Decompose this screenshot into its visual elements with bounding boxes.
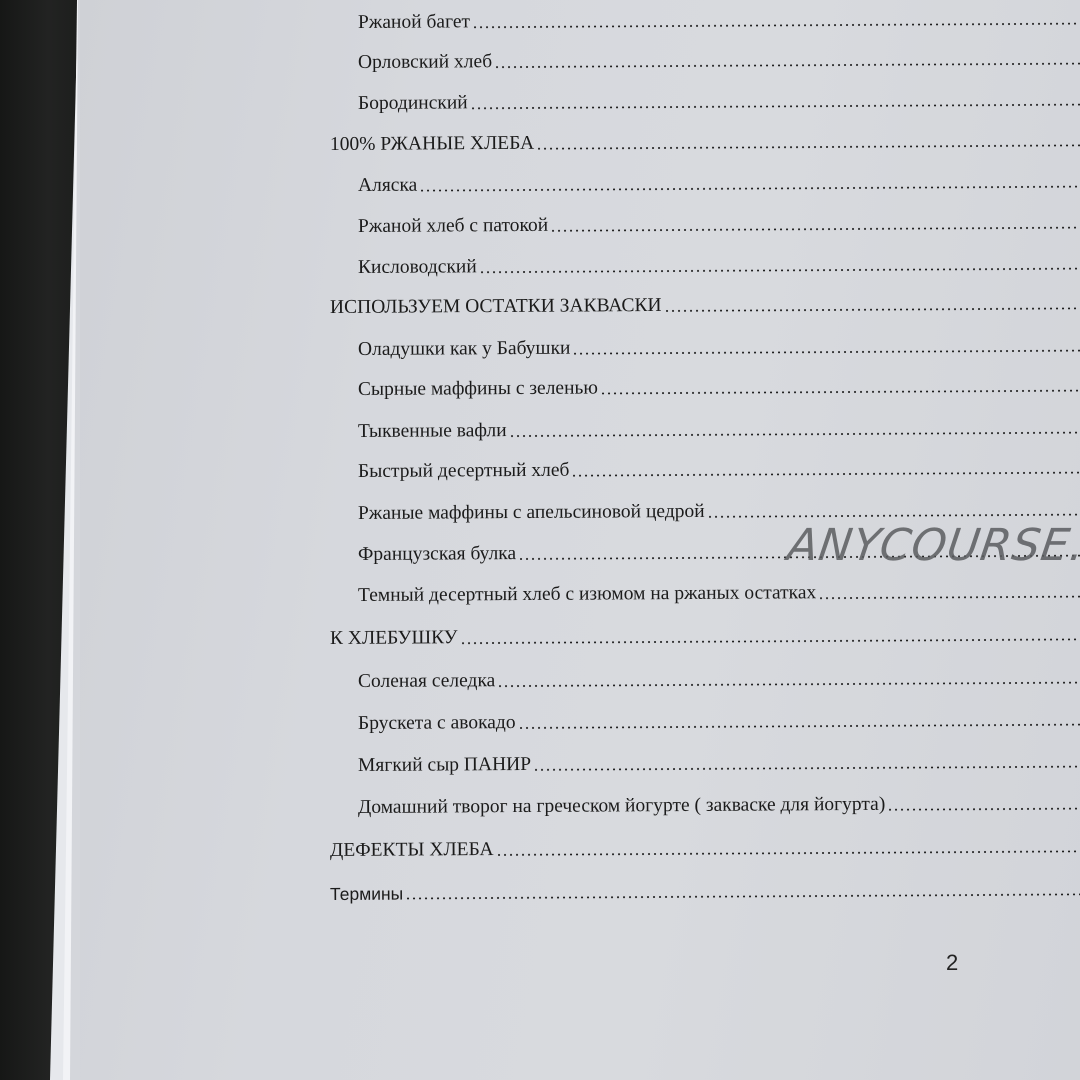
toc-entry-label: Аляска <box>358 175 417 197</box>
dot-leader <box>494 63 1080 69</box>
toc-entry: Орловский хлеб <box>358 48 1080 74</box>
toc-entry-label: Орловский хлеб <box>358 51 492 74</box>
watermark: ANYCOURSE.RU <box>784 520 1080 571</box>
toc-entry-label: Кисловодский <box>358 256 477 279</box>
toc-entry: Соленая селедка <box>358 667 1080 693</box>
toc-entry-label: ИСПОЛЬЗУЕМ ОСТАТКИ ЗАКВАСКИ <box>330 295 662 319</box>
toc-entry-label: Французская булка <box>358 543 516 566</box>
toc-entry-label: ДЕФЕКТЫ ХЛЕБА <box>330 839 494 862</box>
toc-entry-label: Оладушки как у Бабушки <box>358 338 571 361</box>
toc-section-heading: Термины <box>330 879 1080 905</box>
toc-entry: Ржаной хлеб с патокой <box>358 212 1080 238</box>
dot-leader <box>419 186 1080 192</box>
dot-leader <box>518 724 1080 729</box>
toc-entry: Сырные маффины с зеленью <box>358 375 1080 401</box>
dot-leader <box>460 638 1080 644</box>
dot-leader <box>571 472 1080 477</box>
document-page: Ржаной багетОрловский хлебБородинский100… <box>80 0 1080 1080</box>
toc-entry-label: К ХЛЕБУШКУ <box>330 627 458 650</box>
dot-leader <box>572 350 1080 355</box>
toc-entry-label: Термины <box>330 884 403 905</box>
toc-section-heading: 100% РЖАНЫЕ ХЛЕБА <box>330 129 1080 156</box>
toc-section-heading: К ХЛЕБУШКУ <box>330 623 1080 650</box>
toc-entry-label: Быстрый десертный хлеб <box>358 460 570 483</box>
dot-leader <box>887 808 1080 811</box>
dot-leader <box>470 104 1080 110</box>
toc-entry-label: Мягкий сыр ПАНИР <box>358 754 531 777</box>
dot-leader <box>405 893 1080 899</box>
dot-leader <box>497 682 1080 688</box>
dot-leader <box>479 268 1080 274</box>
toc-entry: Кисловодский <box>358 253 1080 279</box>
toc-entry-label: Ржаные маффины с апельсиновой цедрой <box>358 501 705 525</box>
dot-leader <box>707 514 1080 518</box>
toc-entry: Брускета с авокадо <box>358 709 1080 735</box>
toc-entry-label: Брускета с авокадо <box>358 712 516 735</box>
page-number: 2 <box>946 950 958 976</box>
toc-entry: Бородинский <box>358 89 1080 115</box>
toc-entry: Ржаной багет <box>358 8 1080 34</box>
toc-entry: Оладушки как у Бабушки <box>358 335 1080 361</box>
toc-entry: Мягкий сыр ПАНИР <box>358 751 1080 777</box>
toc-entry-label: Соленая селедка <box>358 670 495 693</box>
dot-leader <box>509 432 1080 437</box>
toc-entry-label: 100% РЖАНЫЕ ХЛЕБА <box>330 133 534 156</box>
dot-leader <box>472 23 1080 29</box>
dot-leader <box>664 307 1080 312</box>
toc-entry-label: Домашний творог на греческом йогурте ( з… <box>358 794 885 819</box>
dot-leader <box>533 766 1080 771</box>
toc-entry-label: Темный десертный хлеб с изюмом на ржаных… <box>358 582 816 607</box>
toc-entry-label: Сырные маффины с зеленью <box>358 378 598 401</box>
toc-entry: Тыквенные вафли <box>358 417 1080 443</box>
toc-entry-label: Ржаной хлеб с патокой <box>358 215 548 238</box>
dot-leader <box>550 227 1080 232</box>
dot-leader <box>496 850 1080 856</box>
toc-section-heading: ИСПОЛЬЗУЕМ ОСТАТКИ ЗАКВАСКИ <box>330 292 1080 319</box>
toc-entry-label: Бородинский <box>358 92 468 115</box>
dot-leader <box>600 390 1080 395</box>
toc-entry: Домашний творог на греческом йогурте ( з… <box>358 793 1080 819</box>
toc-section-heading: ДЕФЕКТЫ ХЛЕБА <box>330 835 1080 862</box>
toc-entry: Быстрый десертный хлеб <box>358 457 1080 483</box>
toc-entry: Темный десертный хлеб с изюмом на ржаных… <box>358 581 1080 607</box>
dot-leader <box>536 144 1080 149</box>
dot-leader <box>818 596 1080 600</box>
toc-entry-label: Ржаной багет <box>358 11 470 34</box>
toc-entry: Аляска <box>358 171 1080 197</box>
toc-entry-label: Тыквенные вафли <box>358 420 507 443</box>
